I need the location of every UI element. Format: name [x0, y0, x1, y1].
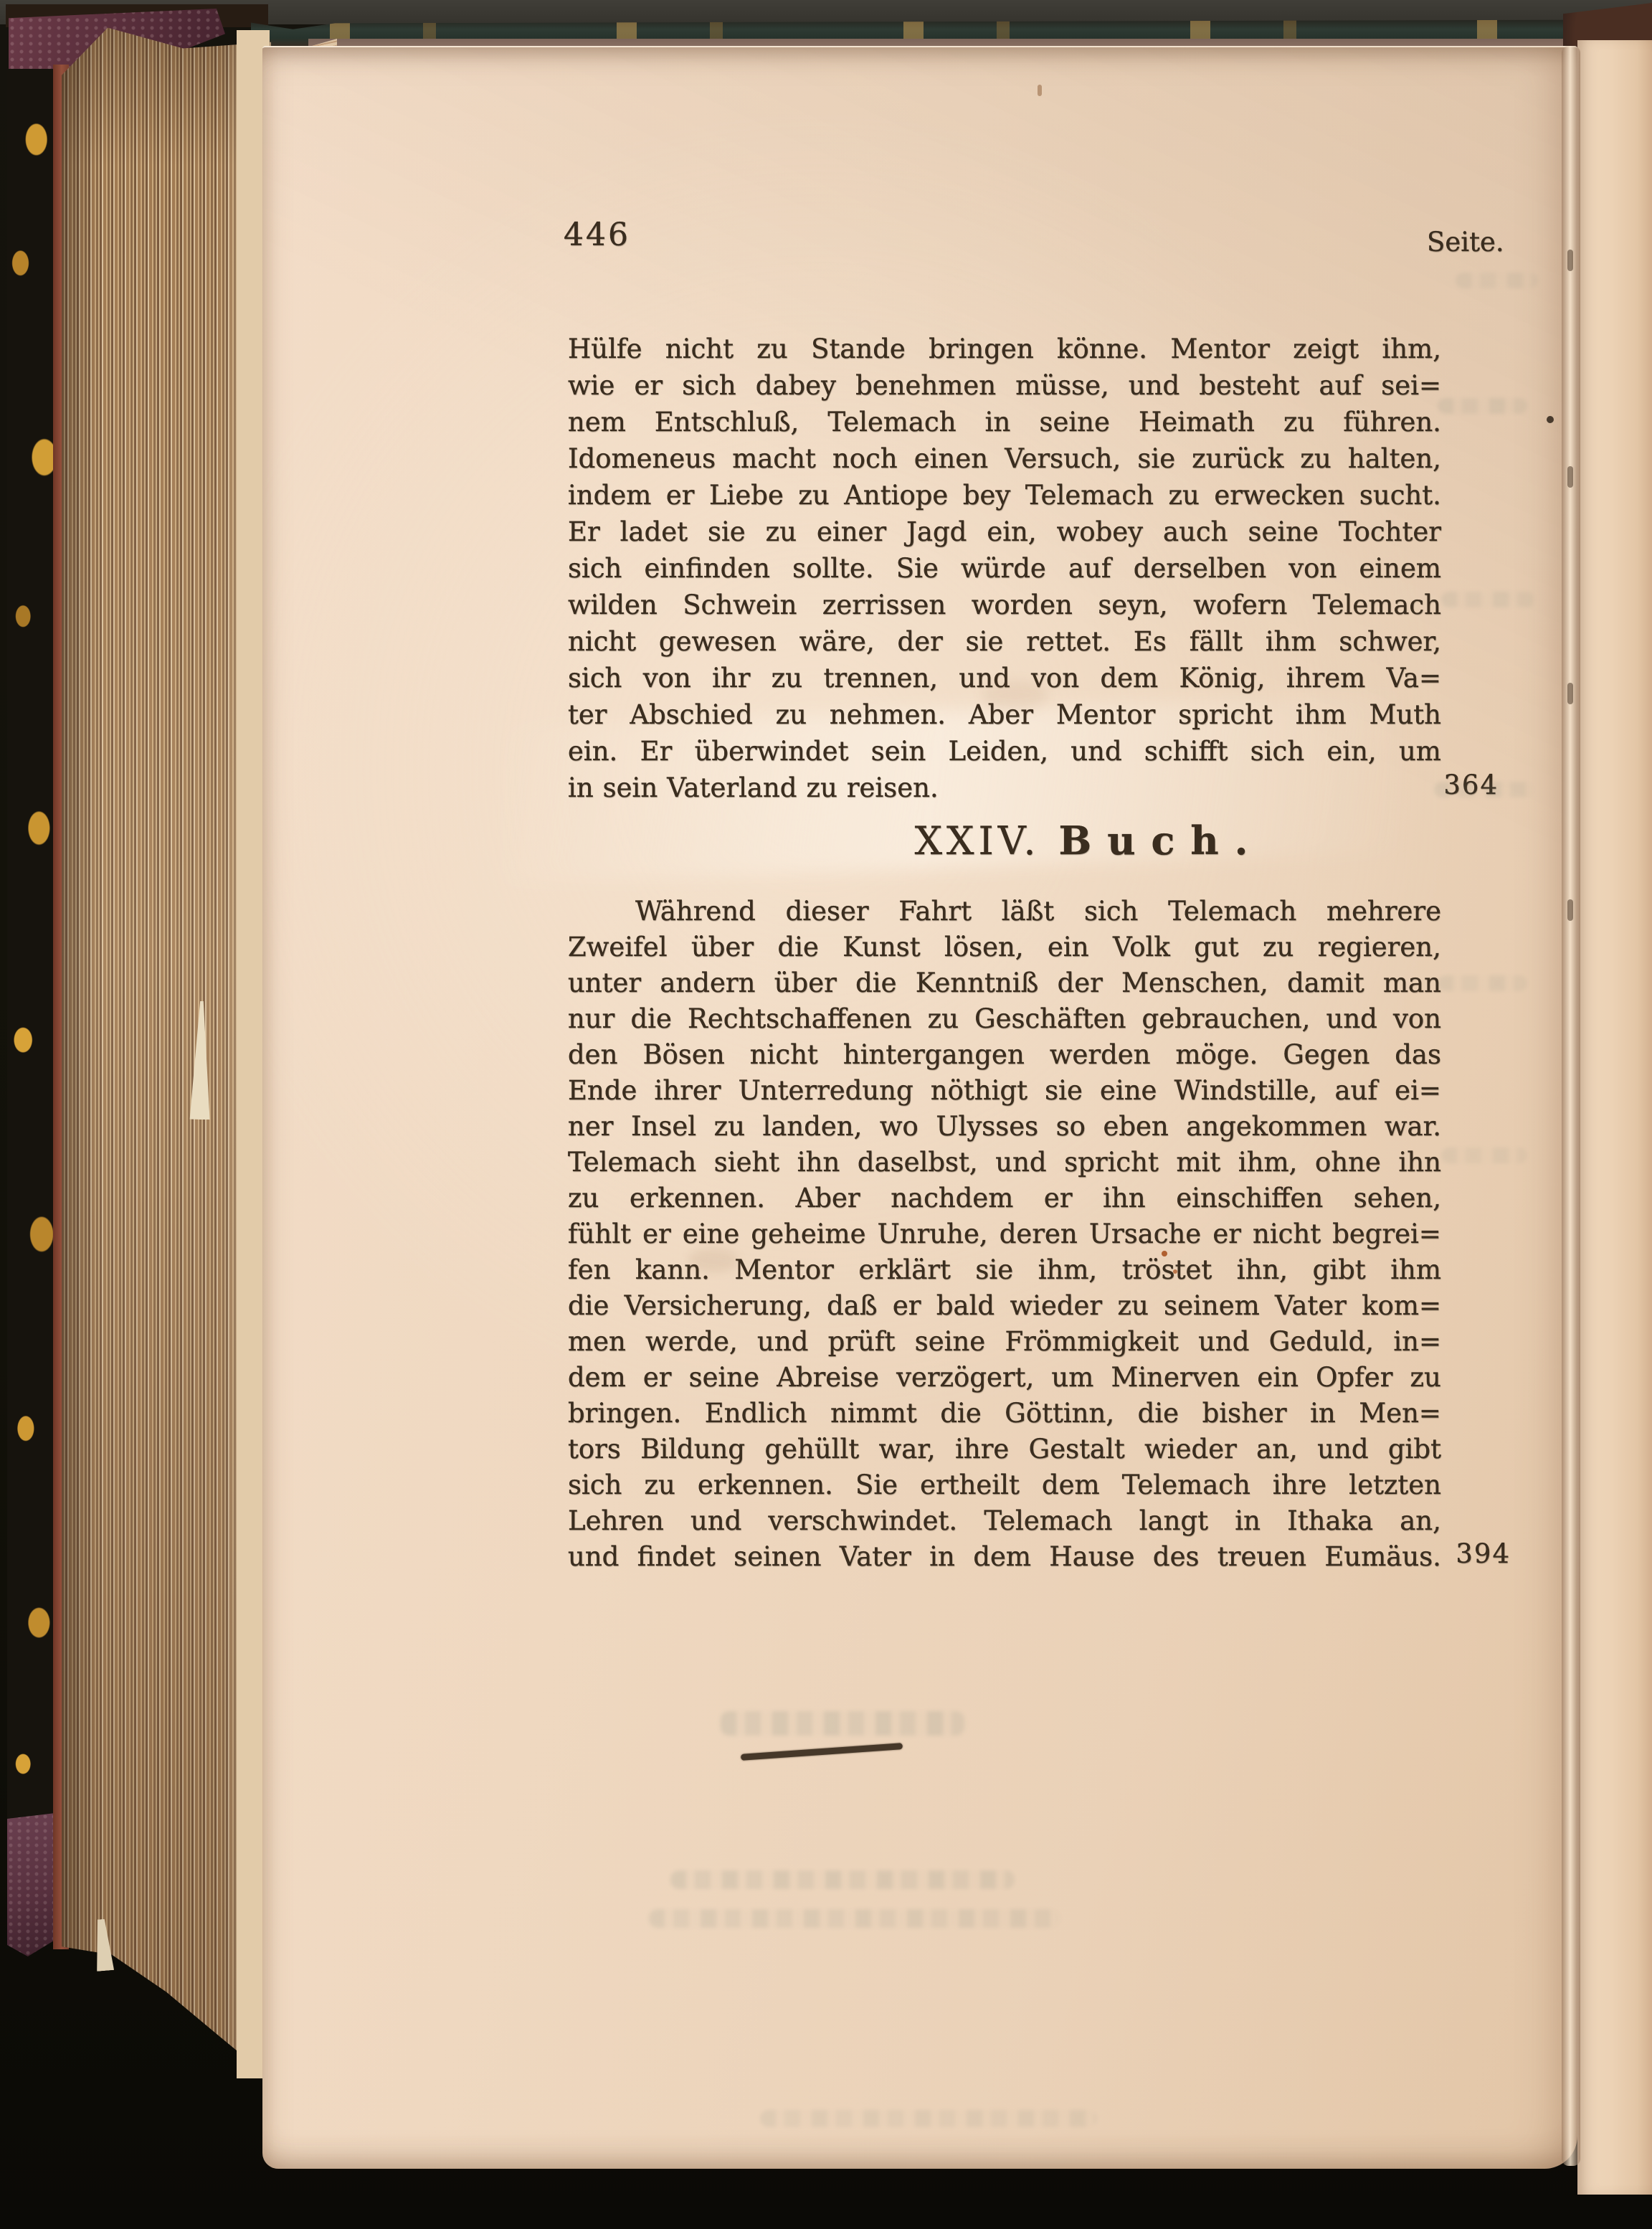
word: erkennen. — [630, 1185, 765, 1211]
word: gibt — [1313, 1257, 1366, 1283]
paper-fibre — [1038, 85, 1042, 96]
word: Er — [640, 738, 673, 765]
word: ein — [1257, 1364, 1299, 1391]
word: gibt — [1388, 1436, 1441, 1462]
word: lösen, — [944, 934, 1024, 960]
word: Schwein — [683, 592, 797, 618]
word: ter — [568, 701, 607, 728]
word: ihm — [1296, 701, 1347, 728]
word: und — [1326, 1005, 1377, 1032]
word: ein. — [568, 738, 617, 765]
show-through-text — [649, 1909, 1061, 1928]
word: zu — [1263, 934, 1293, 960]
word: auf — [1334, 1077, 1377, 1104]
word: Sie — [896, 555, 939, 582]
word: um — [1399, 738, 1441, 765]
word: Antiope — [844, 482, 948, 508]
word: Muth — [1369, 701, 1441, 728]
text-line: Telemachsiehtihndaselbst,undsprichtmitih… — [568, 1149, 1441, 1185]
show-through-text — [1441, 592, 1534, 607]
show-through-text — [670, 1870, 1015, 1889]
text-line: denBösennichthintergangenwerdenmöge.Gege… — [568, 1041, 1441, 1077]
word: Insel — [631, 1113, 696, 1140]
word: men — [568, 1328, 626, 1355]
word: Telemach — [1122, 1472, 1250, 1498]
word: seine — [689, 1364, 759, 1391]
word: wieder — [1010, 1292, 1102, 1319]
word: zu — [806, 775, 837, 801]
word: Gestalt — [1029, 1436, 1125, 1462]
word: indem — [568, 482, 651, 508]
word: prüft — [828, 1328, 896, 1355]
word: auf — [1068, 555, 1111, 582]
word: von — [643, 665, 691, 691]
word: zu — [756, 336, 787, 362]
word: zu — [772, 665, 802, 691]
word: einfinden — [645, 555, 770, 582]
word: Idomeneus — [568, 445, 716, 472]
word: fühlt — [568, 1221, 631, 1247]
word: die — [855, 970, 896, 996]
word: ihn, — [1237, 1257, 1288, 1283]
book-xxiii-summary-end: HülfenichtzuStandebringenkönne.Mentorzei… — [568, 336, 1441, 811]
word: fällt — [1190, 628, 1243, 655]
word: daß — [827, 1292, 877, 1319]
word: Geschäften — [974, 1005, 1126, 1032]
word: gehüllt — [764, 1436, 859, 1462]
word: zurück — [1192, 445, 1283, 472]
word: wieder — [1144, 1436, 1237, 1462]
word: möge. — [1176, 1041, 1258, 1068]
word: bey — [963, 482, 1010, 508]
word: die — [777, 934, 818, 960]
word: mit — [1176, 1149, 1220, 1175]
word: man — [1383, 970, 1441, 996]
word: führen. — [1343, 409, 1441, 435]
gutter-under-page — [1577, 40, 1652, 2195]
word: und — [1317, 1436, 1368, 1462]
word: tors — [568, 1436, 621, 1462]
word: Tochter — [1339, 519, 1441, 545]
word: Leiden, — [949, 738, 1048, 765]
text-line: nurdieRechtschaffenenzuGeschäftengebrauc… — [568, 1005, 1441, 1041]
word: über — [691, 934, 754, 960]
word: Es — [1134, 628, 1167, 655]
word: zerrissen — [822, 592, 946, 618]
word: sieht — [714, 1149, 779, 1175]
word: ein, — [987, 519, 1036, 545]
marbled-board — [7, 69, 60, 1835]
word: Unterredung — [739, 1077, 913, 1104]
word: ladet — [620, 519, 688, 545]
word: ihm, — [1382, 336, 1441, 362]
book-xxiv-summary: WährenddieserFahrtläßtsichTelemachmehrer… — [568, 898, 1441, 1579]
word: reisen. — [847, 775, 939, 801]
word: Geduld, — [1269, 1328, 1374, 1355]
text-line: Lehrenundverschwindet.TelemachlangtinIth… — [568, 1508, 1441, 1543]
word: seine — [915, 1328, 985, 1355]
word: nöthigt — [931, 1077, 1027, 1104]
word: er — [635, 372, 663, 399]
text-line: ZweifelüberdieKunstlösen,einVolkgutzureg… — [568, 934, 1441, 970]
word: sich — [568, 1472, 622, 1498]
show-through-text — [760, 2110, 1097, 2127]
word: sie — [708, 519, 746, 545]
word: verzögert, — [896, 1364, 1034, 1391]
page-reference: 394 — [1456, 1541, 1511, 1567]
word: ohne — [1315, 1149, 1381, 1175]
word: Menschen, — [1121, 970, 1268, 996]
word: zu — [644, 1472, 675, 1498]
word: Mentor — [1170, 336, 1269, 362]
word: Sie — [855, 1472, 898, 1498]
word: zu — [776, 701, 807, 728]
word: und — [568, 1543, 619, 1570]
word: nur — [568, 1005, 614, 1032]
word: zu — [1283, 409, 1314, 435]
word: er — [1044, 1185, 1073, 1211]
sewing-station — [1567, 899, 1573, 921]
word: er — [642, 1221, 671, 1247]
word: Rechtschaffenen — [688, 1005, 912, 1032]
word: ihn — [1103, 1185, 1146, 1211]
word: Mentor — [734, 1257, 833, 1283]
word: Telemach — [1168, 898, 1296, 924]
word: ihm — [1266, 628, 1316, 655]
word: trennen, — [823, 665, 938, 691]
word: ihr — [712, 665, 750, 691]
word: angekommen — [1186, 1113, 1367, 1140]
word: einer — [817, 519, 886, 545]
word: einschiffen — [1176, 1185, 1323, 1211]
word: nachdem — [891, 1185, 1013, 1211]
word: sie — [1137, 445, 1175, 472]
word: Lehren — [568, 1508, 664, 1534]
word: sie — [1045, 1077, 1083, 1104]
word: die — [568, 1292, 609, 1319]
word: ihre — [955, 1436, 1009, 1462]
word: fen — [568, 1257, 610, 1283]
word: begrei= — [1332, 1221, 1441, 1247]
show-through-text — [1434, 782, 1534, 798]
word: Kunst — [842, 934, 920, 960]
word: Va= — [1387, 665, 1441, 691]
text-line: nerInselzulanden,woUlyssessoebenangekomm… — [568, 1113, 1441, 1149]
word: Vaterland — [667, 775, 797, 801]
gutter-fold-crease — [1562, 46, 1580, 2166]
word: er — [893, 1292, 921, 1319]
word: Gegen — [1283, 1041, 1369, 1068]
word: dem — [1042, 1472, 1100, 1498]
word: seinen — [734, 1543, 821, 1570]
word: würde — [961, 555, 1046, 582]
word: und — [1198, 1328, 1249, 1355]
word: und — [757, 1328, 808, 1355]
text-line: indemerLiebezuAntiopebeyTelemachzuerweck… — [568, 482, 1441, 519]
sewing-station — [1567, 466, 1573, 488]
text-line: sichzuerkennen.SieertheiltdemTelemachihr… — [568, 1472, 1441, 1508]
sewing-station — [1567, 683, 1573, 704]
word: ner — [568, 1113, 613, 1140]
word: sei= — [1381, 372, 1441, 399]
word: ihn — [797, 1149, 840, 1175]
word: derselben — [1134, 555, 1266, 582]
word: auch — [1163, 519, 1228, 545]
paper-stain — [982, 681, 1047, 710]
word: schifft — [1144, 738, 1228, 765]
word: Bildung — [640, 1436, 745, 1462]
word: war. — [1385, 1113, 1441, 1140]
word: mehrere — [1326, 898, 1441, 924]
word: Bösen — [642, 1041, 724, 1068]
word: dem — [1100, 665, 1158, 691]
page-number-folio: 446 — [564, 217, 630, 253]
word: Telemach — [827, 409, 956, 435]
word: Versicherung, — [625, 1292, 812, 1319]
word: daselbst, — [858, 1149, 978, 1175]
word: Ulysses — [936, 1113, 1038, 1140]
word: ei= — [1395, 1077, 1441, 1104]
word: zu — [568, 1185, 599, 1211]
word: erwecken — [1214, 482, 1344, 508]
text-line: inseinVaterlandzureisen.364 — [568, 775, 1441, 811]
running-header-seite: Seite. — [1427, 227, 1504, 257]
word: Vater — [1275, 1292, 1347, 1319]
word: seine — [1248, 519, 1318, 545]
paper-stain — [688, 1248, 739, 1272]
word: Entschluß, — [655, 409, 799, 435]
word: eben — [1103, 1113, 1168, 1140]
word: worden — [972, 592, 1073, 618]
word: Zweifel — [568, 934, 668, 960]
text-line: zuerkennen.Abernachdemerihneinschiffense… — [568, 1185, 1441, 1221]
word: damit — [1287, 970, 1364, 996]
word: Telemach — [984, 1508, 1112, 1534]
word: ertheilt — [920, 1472, 1020, 1498]
text-line: ein.ErüberwindetseinLeiden,undschifftsic… — [568, 738, 1441, 775]
word: einem — [1359, 555, 1441, 582]
word: besteht — [1199, 372, 1299, 399]
show-through-text — [1438, 398, 1527, 414]
word: ihm — [1390, 1257, 1441, 1283]
word: in= — [1393, 1328, 1441, 1355]
word: zu — [798, 482, 829, 508]
word: Volk — [1113, 934, 1170, 960]
word: wäre, — [799, 628, 875, 655]
word: läßt — [1002, 898, 1054, 924]
word: in — [929, 1543, 955, 1570]
text-line: EndeihrerUnterredungnöthigtsieeineWindst… — [568, 1077, 1441, 1113]
word: sie — [966, 628, 1004, 655]
word: eine — [683, 1221, 739, 1247]
word: auf — [1319, 372, 1362, 399]
word: sich — [1250, 738, 1304, 765]
word: und — [1129, 372, 1179, 399]
word: Stande — [811, 336, 906, 362]
word: des — [1153, 1543, 1200, 1570]
word: dabey — [756, 372, 836, 399]
book-scan: 446 Seite. HülfenichtzuStandebringenkönn… — [0, 0, 1652, 2229]
word: zu — [1117, 1292, 1148, 1319]
word: war, — [879, 1436, 936, 1462]
word: die — [630, 1005, 671, 1032]
word: sich — [568, 665, 622, 691]
chapter-heading: XXIV.Buch. — [652, 818, 1526, 863]
word: Er — [568, 519, 600, 545]
word: Minerven — [1111, 1364, 1240, 1391]
word: Abreise — [777, 1364, 879, 1391]
word: den — [568, 1041, 617, 1068]
word: sucht. — [1359, 482, 1441, 508]
word: noch — [832, 445, 898, 472]
word: gut — [1194, 934, 1238, 960]
word: überwindet — [695, 738, 849, 765]
word: er — [666, 482, 695, 508]
show-through-text — [1441, 1147, 1527, 1163]
word: könne. — [1057, 336, 1147, 362]
word: Heimath — [1139, 409, 1255, 435]
word: wobey — [1057, 519, 1143, 545]
word: dem — [973, 1543, 1031, 1570]
word: Telemach — [1025, 482, 1154, 508]
word: Fahrt — [898, 898, 972, 924]
word: Vater — [840, 1543, 911, 1570]
word: das — [1395, 1041, 1441, 1068]
word: dem — [568, 1364, 626, 1391]
word: erklärt — [858, 1257, 950, 1283]
text-line: wildenSchweinzerrissenwordenseyn,wofernT… — [568, 592, 1441, 628]
word: in — [1235, 1508, 1261, 1534]
word: seinem — [1164, 1292, 1260, 1319]
word: Abschied — [630, 701, 752, 728]
word: Ithaka — [1287, 1508, 1373, 1534]
word: deren — [1000, 1221, 1078, 1247]
word: gebrauchen, — [1142, 1005, 1311, 1032]
word: ein, — [1326, 738, 1376, 765]
word: Versuch, — [1005, 445, 1121, 472]
word: in — [1310, 1400, 1336, 1426]
text-line: ErladetsiezueinerJagdein,wobeyauchseineT… — [568, 519, 1441, 555]
word: Kenntniß — [916, 970, 1038, 996]
word: Hülfe — [568, 336, 642, 362]
word: die — [1138, 1400, 1179, 1426]
word: dieser — [786, 898, 869, 924]
word: ihrer — [655, 1077, 721, 1104]
word: die — [940, 1400, 981, 1426]
word: spricht — [1178, 701, 1273, 728]
text-line: demerseineAbreiseverzögert,umMinervenein… — [568, 1364, 1441, 1400]
word: Telemach — [1313, 592, 1441, 618]
text-line: nichtgewesenwäre,dersierettet.Esfälltihm… — [568, 628, 1441, 665]
word: ihn — [1398, 1149, 1441, 1175]
word: so — [1056, 1113, 1086, 1140]
word: und — [995, 1149, 1046, 1175]
word: zu — [1410, 1364, 1441, 1391]
word: nehmen. — [830, 701, 946, 728]
word: einen — [914, 445, 988, 472]
word: treuen — [1217, 1543, 1306, 1570]
word: ihm, — [1238, 1149, 1298, 1175]
word: tröstet — [1122, 1257, 1212, 1283]
word: Mentor — [1056, 701, 1155, 728]
word: zeigt — [1293, 336, 1359, 362]
word: nimmt — [830, 1400, 917, 1426]
word: Opfer — [1316, 1364, 1392, 1391]
word: macht — [732, 445, 816, 472]
word: an, — [1256, 1436, 1298, 1462]
word: letzten — [1349, 1472, 1441, 1498]
word: in — [985, 409, 1011, 435]
word: Eumäus. — [1324, 1543, 1441, 1570]
word: er — [643, 1364, 672, 1391]
word: zu — [766, 519, 797, 545]
word: bringen. — [568, 1400, 681, 1426]
word: Endlich — [705, 1400, 807, 1426]
word: sie — [975, 1257, 1013, 1283]
show-through-text — [1456, 273, 1538, 288]
word: ihre — [1273, 1472, 1326, 1498]
word: wofern — [1193, 592, 1287, 618]
text-line: nemEntschluß,TelemachinseineHeimathzufüh… — [568, 409, 1441, 445]
word: bringen — [929, 336, 1033, 362]
word: um — [1051, 1364, 1093, 1391]
text-line: WährenddieserFahrtläßtsichTelemachmehrer… — [568, 898, 1441, 934]
word: Liebe — [709, 482, 784, 508]
word: er — [1212, 1221, 1241, 1247]
word: an, — [1400, 1508, 1441, 1534]
word: Ende — [568, 1077, 637, 1104]
word: gewesen — [659, 628, 777, 655]
word: Telemach — [568, 1149, 696, 1175]
word: wie — [568, 372, 614, 399]
word: sein — [603, 775, 658, 801]
word: Jagd — [906, 519, 967, 545]
word: wo — [880, 1113, 918, 1140]
word: von — [1393, 1005, 1441, 1032]
text-line: sicheinfindensollte.Siewürdeaufderselben… — [568, 555, 1441, 592]
word: sich — [568, 555, 622, 582]
word: nicht — [1253, 1221, 1321, 1247]
word: regieren, — [1318, 934, 1441, 960]
word: halten, — [1348, 445, 1441, 472]
word: zu — [714, 1113, 745, 1140]
word: landen, — [762, 1113, 862, 1140]
paper-speck — [1547, 416, 1554, 423]
word: Während — [635, 898, 756, 924]
word: und — [690, 1508, 741, 1534]
word: von — [1288, 555, 1337, 582]
word: Ursache — [1089, 1221, 1201, 1247]
word: Aber — [796, 1185, 860, 1211]
word: erkennen. — [698, 1472, 833, 1498]
rust-speck — [1162, 1251, 1167, 1257]
text-line: unterandernüberdieKenntnißderMenschen,da… — [568, 970, 1441, 1005]
sewing-station — [1567, 250, 1573, 271]
word: nem — [568, 409, 626, 435]
word: geheime — [751, 1221, 865, 1247]
word: Frömmigkeit — [1005, 1328, 1178, 1355]
show-through-text — [1438, 975, 1527, 991]
word: König, — [1179, 665, 1265, 691]
word: Hause — [1049, 1543, 1134, 1570]
text-line: menwerde,undprüftseineFrömmigkeitundGedu… — [568, 1328, 1441, 1364]
word: über — [774, 970, 837, 996]
word: eine — [1100, 1077, 1157, 1104]
word: spricht — [1064, 1149, 1159, 1175]
word: nicht — [665, 336, 734, 362]
word: der — [898, 628, 943, 655]
word: nicht — [750, 1041, 818, 1068]
